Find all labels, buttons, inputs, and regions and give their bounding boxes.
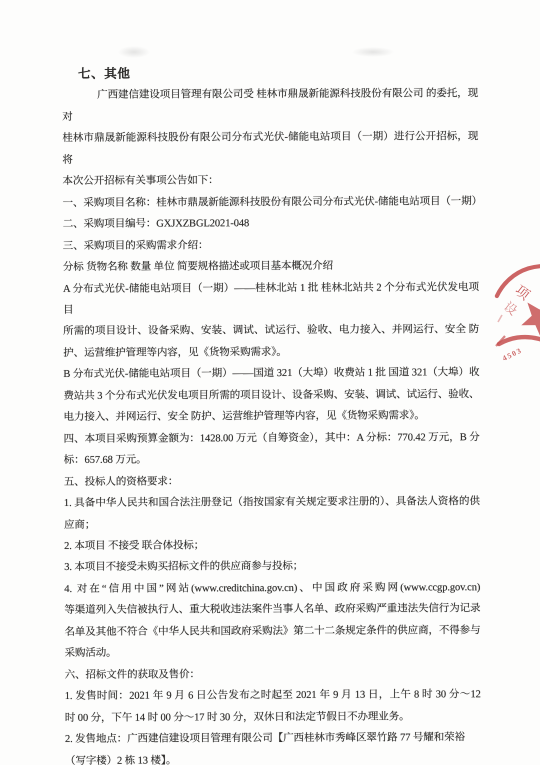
red-seal-stamp: 项 设 4503 <box>478 256 540 386</box>
doc-line-22: 4. 对在“信用中国”网站(www.creditchina.gov.cn)、中国… <box>64 577 480 600</box>
doc-line-4: 本次公开招标有关事项公告如下： <box>62 169 478 192</box>
doc-line-24: 名单及其他不符合《中华人民共和国政府采购法》第二十二条规定条件的供应商，不得参与 <box>64 620 480 643</box>
doc-line-1: 七、其他 <box>62 62 478 85</box>
doc-line-23: 等渠道列入失信被执行人、重大税收违法案件当事人名单、政府采购严重违法失信行为记录 <box>64 599 480 622</box>
doc-line-14: 电力接入、并网运行、安全 防护、运营维护管理等内容，见《货物采购需求》。 <box>63 405 479 428</box>
doc-line-25: 采购活动。 <box>65 641 481 664</box>
seal-star-icon <box>521 301 540 338</box>
doc-line-5: 一、采购项目名称：桂林市鼎晟新能源科技股份有限公司分布式光伏-储能电站项目（一期… <box>63 191 479 214</box>
doc-line-27: 1. 发售时间：2021 年 9 月 6 日公告发布之时起至 2021 年 9 … <box>65 684 481 707</box>
doc-line-26: 六、招标文件的获取及售价： <box>65 663 481 686</box>
seal-character: 项 <box>512 283 534 305</box>
doc-line-6: 二、采购项目编号：GXJXZBGL2021-048 <box>63 212 479 235</box>
doc-line-10: 所需的项目设计、设备采购、安装、调试、试运行、验收、电力接入、并网运行、安全 防 <box>63 320 479 343</box>
seal-ink-fragment <box>498 315 502 322</box>
doc-line-29: 2. 发售地点：广西建信建设项目管理有限公司【广西桂林市秀峰区翠竹路 77 号耀… <box>65 727 481 750</box>
doc-line-21: 3. 本项目不接受未购买招标文件的供应商参与投标； <box>64 556 480 579</box>
doc-line-13: 费站共 3 个分布式光伏发电项目所需的项目设计、设备采购、安装、调试、试运行、验… <box>63 384 479 407</box>
doc-line-18: 1. 具备中华人民共和国合法注册登记（指按国家有关规定要求注册的）、具备法人资格… <box>64 491 480 514</box>
doc-line-17: 五、投标人的资格要求： <box>64 470 480 493</box>
doc-line-9: A 分布式光伏-储能电站项目（一期）——桂林北站 1 批 桂林北站共 2 个分布… <box>63 277 479 322</box>
doc-line-28: 时 00 分，下午 14 时 00 分～17 时 30 分，双休日和法定节假日不… <box>65 706 481 729</box>
doc-line-19: 应商； <box>64 513 480 536</box>
doc-line-8: 分标 货物名称 数量 单位 简要规格描述或项目基本概况介绍 <box>63 255 479 278</box>
doc-line-12: B 分布式光伏-储能电站项目（一期）——国道 321（大埠）收费站 1 批 国道… <box>63 363 479 386</box>
doc-line-16: 标：657.68 万元。 <box>64 448 480 471</box>
document-text-block: 七、其他广西建信建设项目管理有限公司受 桂林市鼎晟新能源科技股份有限公司 的委托… <box>62 62 481 765</box>
seal-code-number: 4503 <box>501 346 524 363</box>
doc-line-30: （写字楼）2 栋 13 楼】。 <box>65 749 481 765</box>
scanned-document-page: 七、其他广西建信建设项目管理有限公司受 桂林市鼎晟新能源科技股份有限公司 的委托… <box>0 0 540 765</box>
doc-line-11: 护、运营维护管理等内容，见《货物采购需求》。 <box>63 341 479 364</box>
doc-line-7: 三、采购项目的采购需求介绍： <box>63 234 479 257</box>
scan-smudge <box>352 47 394 57</box>
scan-smudge <box>118 46 150 58</box>
seal-character: 设 <box>501 299 520 318</box>
doc-line-3: 桂林市鼎晟新能源科技股份有限公司分布式光伏-储能电站项目（一期）进行公开招标，现… <box>62 127 478 172</box>
doc-line-2: 广西建信建设项目管理有限公司受 桂林市鼎晟新能源科技股份有限公司 的委托，现对 <box>62 84 478 129</box>
doc-line-20: 2. 本项目 不接受 联合体投标； <box>64 534 480 557</box>
doc-line-15: 四、本项目采购预算金额为：1428.00 万元（自筹资金），其中：A 分标：77… <box>64 427 480 450</box>
